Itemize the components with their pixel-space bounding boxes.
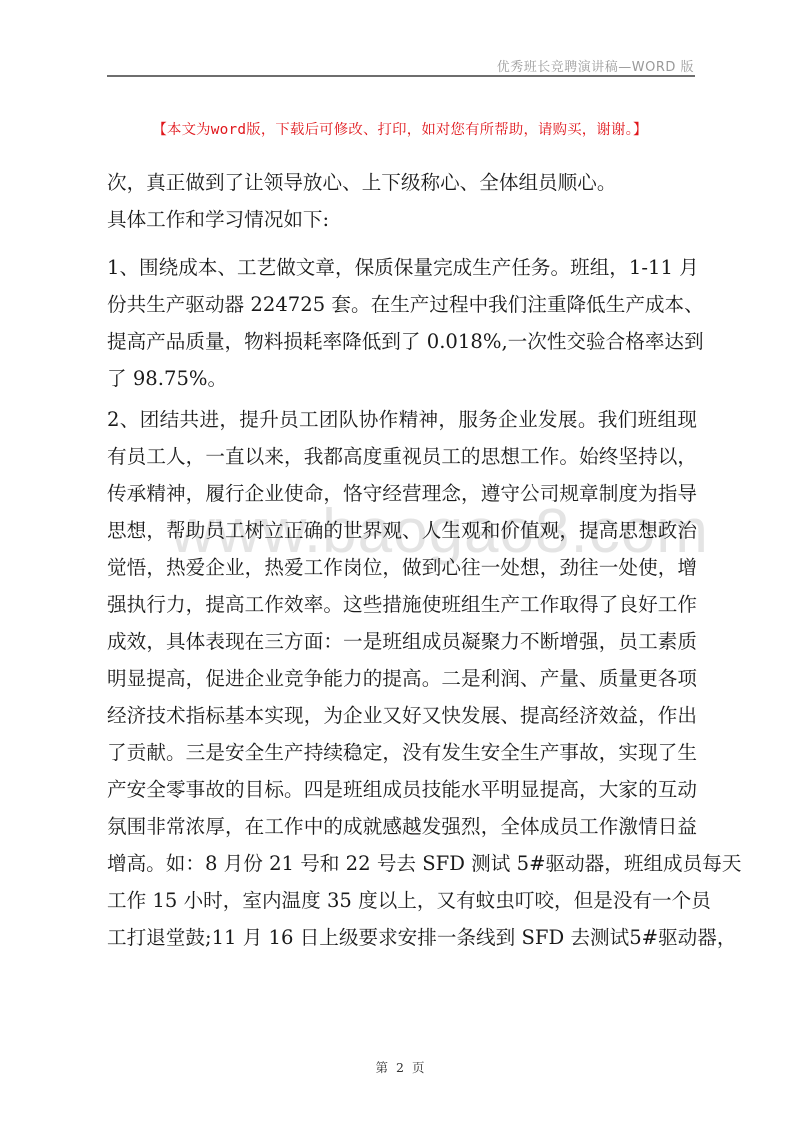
- body-line: 明显提高，促进企业竞争能力的提高。二是利润、产量、质量更各项: [107, 664, 697, 701]
- document-page: 优秀班长竞聘演讲稿—WORD 版 【本文为word版，下载后可修改、打印，如对您…: [0, 0, 800, 1132]
- running-header-title: 优秀班长竞聘演讲稿—WORD 版: [497, 56, 694, 75]
- body-line: 工作 15 小时，室内温度 35 度以上，又有蚊虫叮咬，但是没有一个员: [107, 886, 697, 923]
- body-line: 传承精神，履行企业使命，恪守经营理念，遵守公司规章制度为指导: [107, 479, 697, 516]
- body-line: 具体工作和学习情况如下:: [107, 205, 697, 253]
- body-line: 氛围非常浓厚，在工作中的成就感越发强烈，全体成员工作激情日益: [107, 812, 697, 849]
- body-line: 次，真正做到了让领导放心、上下级称心、全体组员顺心。: [107, 168, 697, 205]
- header-divider: [107, 75, 695, 77]
- body-line: 1、围绕成本、工艺做文章，保质保量完成生产任务。班组，1-11 月: [107, 253, 697, 290]
- body-line: 了 98.75%。: [107, 364, 697, 405]
- body-line: 份共生产驱动器 224725 套。在生产过程中我们注重降低生产成本、: [107, 290, 697, 327]
- body-line: 2、团结共进，提升员工团队协作精神，服务企业发展。我们班组现: [107, 405, 697, 442]
- body-line: 觉悟，热爱企业，热爱工作岗位，做到心往一处想，劲往一处使，增: [107, 553, 697, 590]
- body-line: 强执行力，提高工作效率。这些措施使班组生产工作取得了良好工作: [107, 590, 697, 627]
- document-body: 次，真正做到了让领导放心、上下级称心、全体组员顺心。 具体工作和学习情况如下: …: [107, 168, 697, 960]
- body-line: 工打退堂鼓;11 月 16 日上级要求安排一条线到 SFD 去测试5#驱动器，: [107, 923, 697, 960]
- body-line: 经济技术指标基本实现，为企业又好又快发展、提高经济效益，作出: [107, 701, 697, 738]
- body-line: 提高产品质量，物料损耗率降低到了 0.018%,一次性交验合格率达到: [107, 327, 697, 364]
- purchase-notice: 【本文为word版，下载后可修改、打印，如对您有所帮助，请购买，谢谢。】: [0, 118, 800, 139]
- body-line: 了贡献。三是安全生产持续稳定，没有发生安全生产事故，实现了生: [107, 738, 697, 775]
- body-line: 产安全零事故的目标。四是班组成员技能水平明显提高，大家的互动: [107, 775, 697, 812]
- body-line: 思想，帮助员工树立正确的世界观、人生观和价值观，提高思想政治: [107, 516, 697, 553]
- body-line: 有员工人，一直以来，我都高度重视员工的思想工作。始终坚持以，: [107, 442, 697, 479]
- body-line: 成效，具体表现在三方面：一是班组成员凝聚力不断增强，员工素质: [107, 627, 697, 664]
- page-number: 第 2 页: [0, 1058, 800, 1076]
- body-line: 增高。如：8 月份 21 号和 22 号去 SFD 测试 5#驱动器，班组成员每…: [107, 849, 697, 886]
